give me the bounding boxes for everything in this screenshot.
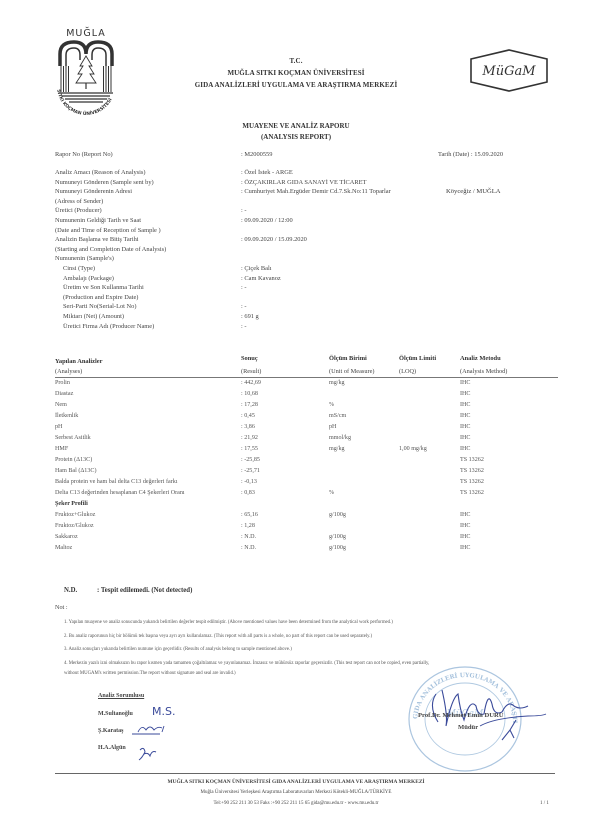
sample-value: : - — [241, 284, 247, 291]
analyst-name: Ş.Karataş — [98, 728, 124, 734]
cell-loq: 1,00 mg/kg — [399, 446, 427, 452]
cell-method: IHC — [460, 424, 471, 430]
svg-text:MüGaM: MüGaM — [481, 64, 536, 79]
sample-value: : Çiçek Balı — [241, 265, 272, 272]
cell-method: IHC — [460, 413, 471, 419]
info-label: Numunenin Geldiği Tarih ve Saat — [55, 217, 141, 224]
cell-unit: g/100g — [329, 512, 346, 518]
cell-unit: mg/kg — [329, 380, 345, 386]
analyst-name: M.Sultanoğlu — [98, 711, 133, 717]
cell-method: IHC — [460, 534, 471, 540]
info-label: Analiz Amacı (Reason of Analysis) — [55, 169, 146, 176]
cell-method: IHC — [460, 391, 471, 397]
cell-unit: mg/kg — [329, 446, 345, 452]
sample-value: : 691 g — [241, 313, 259, 320]
cell-unit: g/100g — [329, 545, 346, 551]
info-value: Köyceğiz / MUĞLA — [446, 188, 501, 195]
info-label: (Adress of Sender) — [55, 198, 103, 205]
notes-title: Not : — [55, 604, 68, 611]
table-divider — [55, 377, 558, 378]
cell-result: : -25,71 — [241, 468, 260, 474]
cell-analysis: Diastaz — [55, 391, 73, 397]
analyst-signature — [130, 722, 170, 738]
mugam-logo: MüGaM — [468, 48, 550, 92]
column-header-en: (Analysis Method) — [460, 368, 507, 375]
cell-analysis: Serbest Asitlik — [55, 435, 91, 441]
cell-analysis: Delta C13 değerinden hesaplanan C4 Şeker… — [55, 490, 185, 496]
cell-analysis: Maltoz — [55, 545, 72, 551]
column-header-en: (Result) — [241, 368, 261, 375]
director-title: Müdür — [458, 724, 478, 731]
report-date: Tarih (Date) : 15.09.2020 — [438, 151, 503, 158]
report-date-label: Tarih (Date) : — [438, 151, 473, 158]
cell-result: : 17,55 — [241, 446, 258, 452]
sample-label: Cinsi (Type) — [63, 265, 95, 272]
report-title: MUAYENE VE ANALİZ RAPORU — [0, 122, 592, 130]
cell-result: : 17,28 — [241, 402, 258, 408]
report-subtitle: (ANALYSIS REPORT) — [0, 133, 592, 141]
legend-abbr: N.D. — [64, 587, 77, 594]
report-no-label: Rapor No (Report No) — [55, 151, 113, 158]
info-label: Üretici (Producer) — [55, 207, 102, 214]
cell-method: TS 13262 — [460, 468, 484, 474]
cell-method: TS 13262 — [460, 490, 484, 496]
responsible-title: Analiz Sorumlusu — [98, 693, 144, 699]
cell-analysis: Nem — [55, 402, 67, 408]
sample-label: Miktarı (Net) (Amount) — [63, 313, 124, 320]
cell-analysis: İletkenlik — [55, 413, 78, 419]
analyst-signature — [136, 744, 160, 762]
sample-value: : Cam Kavanoz — [241, 275, 281, 282]
cell-analysis: HMF — [55, 446, 68, 452]
cell-analysis: Sakkaroz — [55, 534, 78, 540]
cell-result: : N.D. — [241, 534, 256, 540]
cell-analysis: Fruktoz+Glukoz — [55, 512, 95, 518]
cell-analysis: Balda protein ve ham bal delta C13 değer… — [55, 479, 178, 485]
section-title: Şeker Profili — [55, 501, 88, 507]
column-header-en: (Unit of Measure) — [329, 368, 374, 375]
cell-method: IHC — [460, 380, 471, 386]
cell-result: : 65,16 — [241, 512, 258, 518]
info-label: (Date and Time of Reception of Sample ) — [55, 227, 161, 234]
sample-label: Üretici Firma Adı (Producer Name) — [63, 323, 154, 330]
info-label: Numunenin (Sample's) — [55, 255, 114, 262]
sample-label: (Production and Expire Date) — [63, 294, 138, 301]
cell-result: : -0,13 — [241, 479, 257, 485]
info-label: Analizin Başlama ve Bitiş Tarihi — [55, 236, 139, 243]
info-value: : Özel İstek - ARGE — [241, 169, 293, 176]
cell-result: : N.D. — [241, 545, 256, 551]
report-no-value: : M2000559 — [241, 151, 272, 158]
cell-method: IHC — [460, 545, 471, 551]
cell-unit: mS/cm — [329, 413, 346, 419]
note-item: 2. Bu analiz raporunun hiç bir bölümü te… — [64, 634, 372, 639]
cell-result: : 10,68 — [241, 391, 258, 397]
logo-text: MUĞLA — [66, 27, 106, 39]
analyst-name: H.A.Algün — [98, 745, 126, 751]
cell-method: IHC — [460, 523, 471, 529]
sample-value: : - — [241, 303, 247, 310]
sample-label: Ambalajı (Package) — [63, 275, 114, 282]
note-item: without MUGAM's written permission.The r… — [64, 671, 236, 676]
column-header: Analiz Metodu — [460, 355, 501, 362]
column-header-en: (Analyses) — [55, 368, 82, 375]
column-header: Sonuç — [241, 355, 258, 362]
cell-result: : 0,45 — [241, 413, 255, 419]
info-label: Numuneyi Gönderenin Adresi — [55, 188, 132, 195]
cell-analysis: pH — [55, 424, 62, 430]
cell-method: IHC — [460, 402, 471, 408]
cell-result: : 442,69 — [241, 380, 261, 386]
note-item: 4. Merkezin yazılı izni olmaksızın bu ra… — [64, 661, 429, 666]
cell-unit: g/100g — [329, 534, 346, 540]
page-number: 1 / 1 — [540, 801, 549, 806]
cell-unit: % — [329, 402, 334, 408]
info-value: : Cumhuriyet Mah.Ergüder Demir Cd.7.Sk.N… — [241, 188, 391, 195]
note-item: 1. Yapılan muayene ve analiz sonucunda y… — [64, 620, 393, 625]
footer-address: Muğla Üniversitesi Yerleşkesi Araştırma … — [0, 790, 592, 795]
cell-analysis: Ham Bal (Δ13C) — [55, 468, 97, 474]
cell-method: IHC — [460, 446, 471, 452]
report-date-value: 15.09.2020 — [474, 151, 503, 158]
cell-analysis: Prolin — [55, 380, 70, 386]
cell-analysis: Protein (Δ13C) — [55, 457, 92, 463]
cell-unit: % — [329, 490, 334, 496]
cell-unit: mmol/kg — [329, 435, 351, 441]
info-label: (Starting and Completion Date of Analysi… — [55, 246, 166, 253]
director-name: Prof.Dr. Mehmet Emin DURU — [418, 712, 504, 719]
cell-method: IHC — [460, 512, 471, 518]
info-value: : - — [241, 207, 247, 214]
footer-contact: Tel:+90 252 211 30 53 Faks :+90 252 211 … — [0, 801, 592, 806]
director-signature — [418, 676, 548, 746]
cell-result: : 21,92 — [241, 435, 258, 441]
sample-label: Seri-Parti No(Serial-Lot No) — [63, 303, 136, 310]
column-header: Yapılan Analizler — [55, 358, 102, 365]
analyst-signature: M.S. — [152, 705, 175, 718]
column-header-en: (LOQ) — [399, 368, 416, 375]
cell-result: : 0,83 — [241, 490, 255, 496]
sample-label: Üretim ve Son Kullanma Tarihi — [63, 284, 144, 291]
info-label: Numuneyi Gönderen (Sample sent by) — [55, 179, 154, 186]
info-value: : 09.09.2020 / 15.09.2020 — [241, 236, 307, 243]
info-value: : ÖZÇAKIRLAR GIDA SANAYİ VE TİCARET — [241, 179, 366, 186]
cell-result: : 1,28 — [241, 523, 255, 529]
cell-result: : -25,85 — [241, 457, 260, 463]
cell-method: TS 13262 — [460, 457, 484, 463]
footer-divider — [55, 773, 555, 774]
cell-method: TS 13262 — [460, 479, 484, 485]
column-header: Ölçüm Birimi — [329, 355, 367, 362]
cell-unit: pH — [329, 424, 336, 430]
sample-value: : - — [241, 323, 247, 330]
legend-text: : Tespit edilemedi. (Not detected) — [97, 587, 192, 594]
cell-method: IHC — [460, 435, 471, 441]
cell-analysis: Fruktoz/Glukoz — [55, 523, 94, 529]
footer-institution: MUĞLA SITKI KOÇMAN ÜNİVERSİTESİ GIDA ANA… — [0, 779, 592, 785]
info-value: : 09.09.2020 / 12:00 — [241, 217, 293, 224]
note-item: 3. Analiz sonuçları yukarıda belirtilen … — [64, 647, 292, 652]
column-header: Ölçüm Limiti — [399, 355, 436, 362]
cell-result: : 3,86 — [241, 424, 255, 430]
